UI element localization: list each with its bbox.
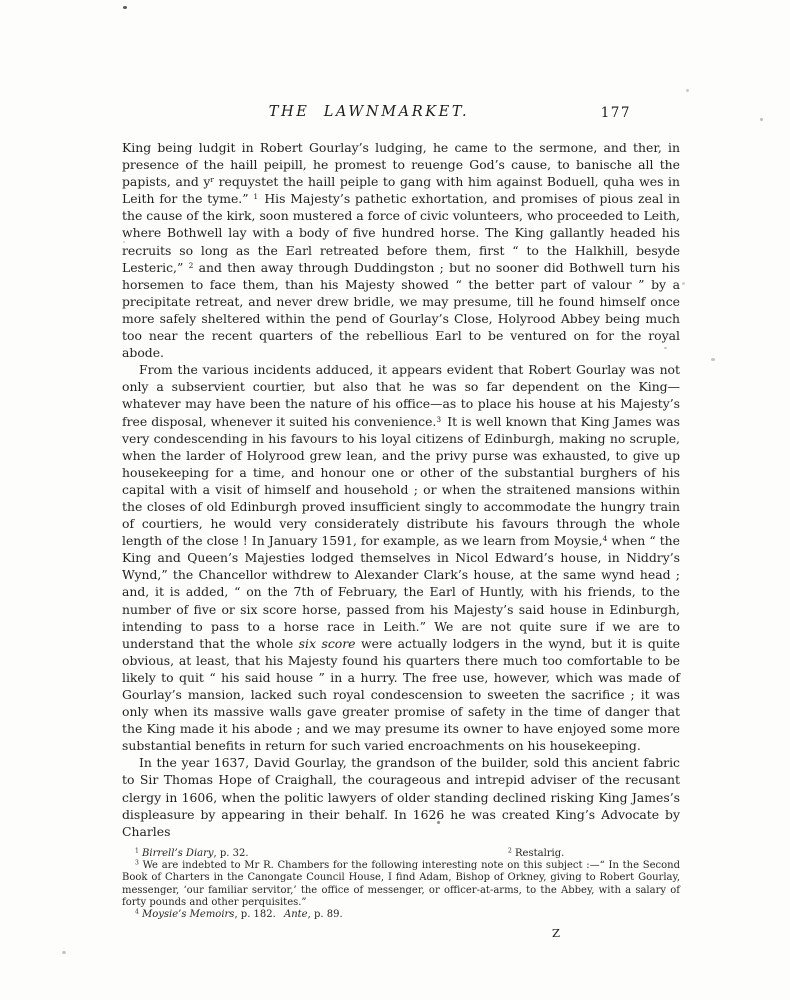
text-block: King being ludgit in Robert Gourlay’s lu… — [122, 139, 680, 940]
footnote-marker: 4 — [603, 534, 608, 543]
printer-signature-mark: Z — [552, 926, 564, 940]
scan-speck — [664, 347, 667, 349]
body-paragraph: King being ludgit in Robert Gourlay’s lu… — [122, 139, 680, 361]
running-header: THE LAWNMARKET. 177 — [122, 104, 680, 126]
emphasis-text: Moysie’s Memoirs — [142, 909, 234, 920]
scan-speck — [686, 89, 689, 92]
footnote-marker: 1 — [253, 192, 258, 201]
scan-speck — [682, 282, 685, 285]
footnote: 4 Moysie’s Memoirs, p. 182. Ante, p. 89. — [122, 909, 680, 921]
footnote-marker: r — [210, 175, 214, 184]
footnote-split-line: 1 Birrell’s Diary, p. 32.2 Restalrig. — [122, 848, 680, 860]
footnote-marker: 3 — [436, 414, 441, 423]
footnote: 3 We are indebted to Mr R. Chambers for … — [122, 860, 680, 909]
footnote-marker: 4 — [135, 909, 139, 916]
scan-speck — [123, 241, 125, 243]
page-number: 177 — [601, 105, 631, 121]
scan-speck — [123, 6, 127, 9]
scan-speck — [760, 118, 763, 121]
page-header-title: THE LAWNMARKET. — [269, 104, 469, 120]
body-paragraphs: King being ludgit in Robert Gourlay’s lu… — [122, 139, 680, 840]
emphasis-text: Ante — [284, 909, 308, 920]
body-paragraph: From the various incidents adduced, it a… — [122, 361, 680, 754]
footnote-marker: 2 — [189, 261, 194, 270]
footnote: 1 Birrell’s Diary, p. 32. — [135, 848, 249, 860]
footnote-marker: 3 — [135, 860, 139, 867]
footnotes: 1 Birrell’s Diary, p. 32.2 Restalrig.3 W… — [122, 848, 680, 922]
emphasis-text: Birrell’s Diary — [142, 848, 214, 859]
emphasis-text: six score — [299, 636, 356, 651]
footnote: 2 Restalrig. — [508, 848, 564, 860]
scan-speck — [711, 358, 715, 361]
footnote-marker: 2 — [508, 848, 512, 855]
book-page: THE LAWNMARKET. 177 King being ludgit in… — [0, 0, 790, 1000]
footnote-marker: 1 — [135, 848, 139, 855]
body-paragraph: In the year 1637, David Gourlay, the gra… — [122, 754, 680, 839]
scan-speck — [437, 821, 440, 824]
scan-speck — [62, 951, 66, 954]
